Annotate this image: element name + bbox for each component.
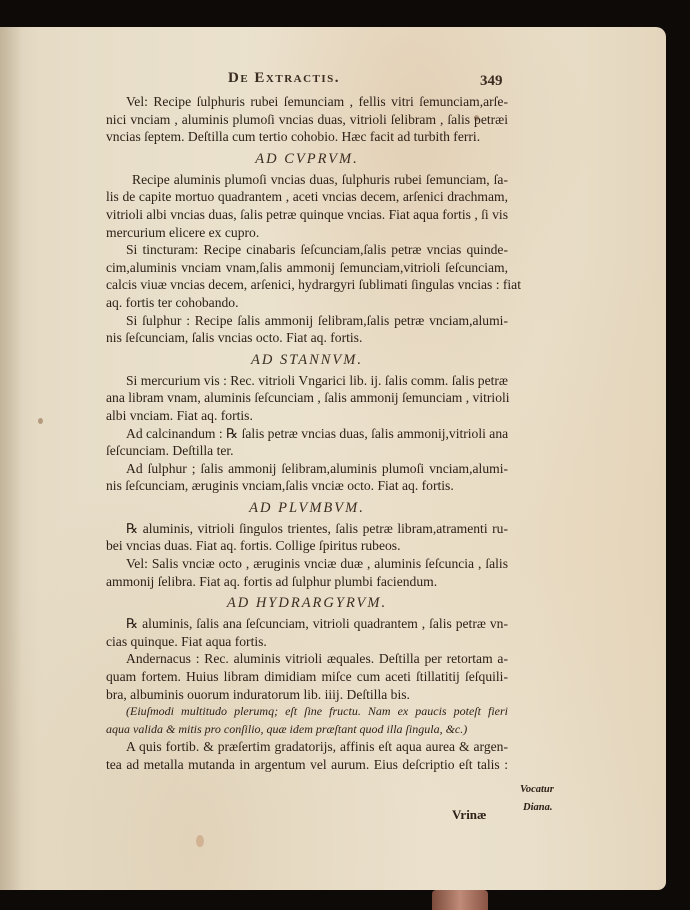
- text-line: A quis fortib. & præſertim gradatorijs, …: [106, 738, 508, 756]
- text-line: tea ad metalla mutanda in argentum vel a…: [106, 756, 508, 774]
- marginal-note-line: Diana.: [520, 799, 554, 817]
- text-line: bra, albuminis ouorum induratorum lib. i…: [106, 686, 508, 704]
- text-line: ℞ aluminis, vitrioli ſingulos trientes, …: [106, 520, 508, 538]
- text-line: Recipe aluminis plumoſi vncias duas, ſul…: [106, 171, 508, 189]
- running-head-title: De Extractis.: [228, 70, 340, 87]
- holding-finger: [432, 890, 488, 910]
- text-line: vncias ſeptem. Deſtilla cum tertio cohob…: [106, 128, 508, 146]
- section-stannum: Si mercurium vis : Rec. vitrioli Vngaric…: [106, 372, 508, 495]
- page-number: 349: [480, 73, 503, 90]
- marginal-note-line: Vocatur: [520, 781, 554, 799]
- ink-spot: [38, 418, 43, 424]
- text-line: Ad calcinandum : ℞ ſalis petræ vncias du…: [106, 425, 508, 443]
- text-line: Ad ſulphur ; ſalis ammonij ſelibram,alum…: [106, 460, 508, 478]
- text-line: cias quinque. Fiat aqua fortis.: [106, 633, 508, 651]
- text-line: ana libram vnam, aluminis ſeſcunciam , ſ…: [106, 389, 508, 407]
- text-block: Vel: Recipe ſulphuris rubei ſemunciam , …: [106, 93, 508, 774]
- text-line: Vel: Salis vnciæ octo , æruginis vnciæ d…: [106, 555, 508, 573]
- gutter-shadow: [0, 27, 22, 890]
- text-line: cim,aluminis vnciam vnam,ſalis ammonij ſ…: [106, 259, 508, 277]
- text-line: Si mercurium vis : Rec. vitrioli Vngaric…: [106, 372, 508, 390]
- text-line: nici vnciam , aluminis plumoſi vncias du…: [106, 111, 508, 129]
- catchword: Vrinæ: [452, 807, 486, 823]
- text-line: mercurium elicere ex cupro.: [106, 224, 508, 242]
- text-line: Andernacus : Rec. aluminis vitrioli æqua…: [106, 650, 508, 668]
- section-heading-hydrargyrum: AD HYDRARGYRVM.: [106, 592, 508, 614]
- marginal-note: Vocatur Diana.: [520, 781, 554, 817]
- text-line: Si ſulphur : Recipe ſalis ammonij ſelibr…: [106, 312, 508, 330]
- section-plumbum: ℞ aluminis, vitrioli ſingulos trientes, …: [106, 520, 508, 590]
- section-cuprum: Recipe aluminis plumoſi vncias duas, ſul…: [106, 171, 508, 347]
- text-line: ℞ aluminis, ſalis ana ſeſcunciam, vitrio…: [106, 615, 508, 633]
- section-hydrargyrum: ℞ aluminis, ſalis ana ſeſcunciam, vitrio…: [106, 615, 508, 773]
- text-line: nis ſeſcunciam, ſalis vncias octo. Fiat …: [106, 329, 508, 347]
- text-line: calcis viuæ vncias decem, arſenici, hydr…: [106, 276, 508, 294]
- text-line: quam fortem. Huius libram dimidiam miſce…: [106, 668, 508, 686]
- text-line: bei vncias duas. Fiat aq. fortis. Collig…: [106, 537, 508, 555]
- italic-note-line: (Eiuſmodi multitudo plerumq; eſt ſine fr…: [106, 703, 508, 721]
- italic-note-line: aqua valida & mitis pro conſilio, quæ id…: [106, 721, 508, 739]
- text-line: Vel: Recipe ſulphuris rubei ſemunciam , …: [106, 93, 508, 111]
- section-heading-plumbum: AD PLVMBVM.: [106, 497, 508, 519]
- text-line: Si tincturam: Recipe cinabaris ſeſcuncia…: [106, 241, 508, 259]
- section-heading-cuprum: AD CVPRVM.: [106, 148, 508, 170]
- book-page: De Extractis. 349 Vel: Recipe ſulphuris …: [0, 27, 666, 890]
- stain-spot: [196, 835, 204, 847]
- text-line: albi vnciam. Fiat aq. fortis.: [106, 407, 508, 425]
- text-line: nis ſeſcunciam, æruginis vnciam,ſalis vn…: [106, 477, 508, 495]
- text-line: aq. fortis ter cohobando.: [106, 294, 508, 312]
- section-heading-stannum: AD STANNVM.: [106, 349, 508, 371]
- text-line: ammonij ſelibra. Fiat aq. fortis ad ſulp…: [106, 573, 508, 591]
- text-line: lis de capite mortuo quadrantem , aceti …: [106, 188, 508, 206]
- text-line: ſeſcunciam. Deſtilla ter.: [106, 442, 508, 460]
- text-line: vitrioli albi vncias duas, ſalis petræ q…: [106, 206, 508, 224]
- intro-paragraph: Vel: Recipe ſulphuris rubei ſemunciam , …: [106, 93, 508, 146]
